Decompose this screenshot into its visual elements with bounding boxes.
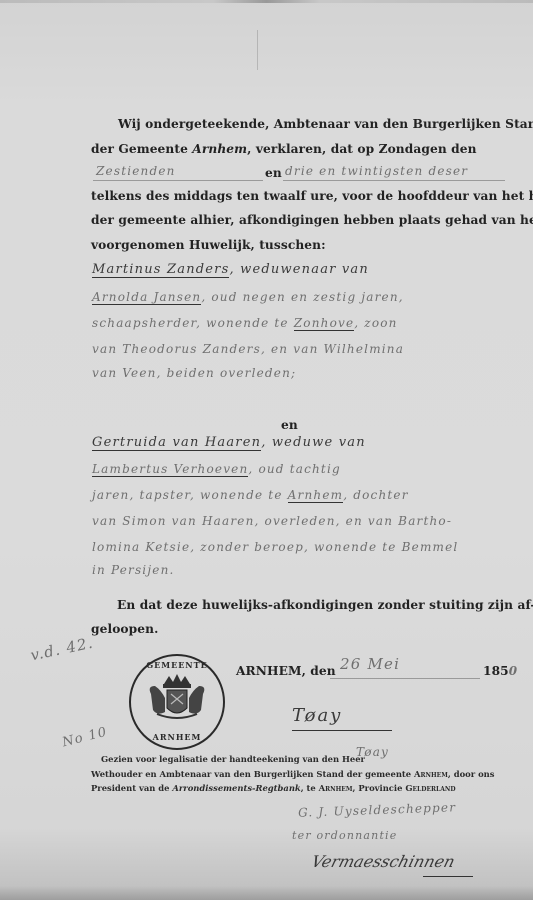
legalisation-ordonnantie: ter ordonnantie: [292, 829, 398, 842]
legalisation-text: , door ons: [448, 769, 495, 779]
legalisation-text: Gezien voor legalisatie der handteekenin…: [101, 754, 365, 764]
page-edge-top: [0, 0, 533, 3]
year-handwritten: 0: [509, 664, 517, 678]
handwritten-text: , oud tachtig: [248, 462, 340, 476]
handwritten-text: jaren, tapster, wonende te: [92, 488, 288, 502]
signature-flourish: [292, 730, 392, 731]
printed-line-5: der gemeente alhier, afkondigingen hebbe…: [91, 213, 533, 227]
groom-line-3: schaapsherder, wonende te Zonhove, zoon: [92, 316, 398, 330]
handwritten-sunday-1: Zestienden: [96, 164, 176, 178]
municipal-seal: GEMEENTE ARNHEM: [129, 654, 225, 750]
bride-late-husband: Lambertus Verhoeven: [92, 462, 248, 477]
legalisation-court: Arrondissements-Regtbank: [172, 783, 300, 793]
printed-en: en: [265, 166, 282, 180]
groom-late-wife: Arnolda Jansen: [92, 290, 201, 305]
bride-line-2: Lambertus Verhoeven, oud tachtig: [92, 462, 341, 476]
legalisation-city: Arnhem: [319, 783, 353, 793]
year: 1850: [483, 664, 517, 678]
bride-residence: Arnhem: [288, 488, 344, 503]
legalisation-text: President van de: [91, 783, 172, 793]
margin-note-1: v.d. 42.: [29, 634, 95, 665]
document-page: Wij ondergeteekende, Ambtenaar van den B…: [0, 0, 533, 900]
paper-crease: [257, 30, 258, 70]
bride-line-4: van Simon van Haaren, overleden, en van …: [92, 514, 452, 528]
closing-line-2: geloopen.: [91, 622, 158, 636]
legalisation-city: Arnhem: [414, 769, 448, 779]
bride-line-5: lomina Ketsie, zonder beroep, wonende te…: [92, 540, 458, 554]
fill-line: [93, 180, 263, 181]
clerk-signature: Vermaesschinnen: [309, 852, 457, 871]
handwritten-text: , oud negen en zestig jaren,: [201, 290, 403, 304]
printed-en-between: en: [281, 418, 298, 432]
bride-line-3: jaren, tapster, wonende te Arnhem, docht…: [92, 488, 409, 502]
printed-city: Arnhem: [192, 142, 247, 156]
legalisation-text: , te: [301, 783, 319, 793]
official-signature: Tøay: [292, 705, 342, 726]
bride-name: Gertruida van Haaren: [92, 435, 261, 451]
groom-line-2: Arnolda Jansen, oud negen en zestig jare…: [92, 290, 404, 304]
closing-line-1: En dat deze huwelijks-afkondigingen zond…: [117, 598, 533, 612]
groom-line-5: van Veen, beiden overleden;: [92, 366, 296, 380]
handwritten-sunday-2: drie en twintigsten deser: [285, 164, 468, 178]
legalisation-hand-name: Tøay: [356, 745, 389, 759]
bride-line-6: in Persijen.: [92, 563, 175, 577]
printed-line-1: Wij ondergeteekende, Ambtenaar van den B…: [118, 117, 533, 131]
groom-line-4: van Theodorus Zanders, en van Wilhelmina: [92, 342, 404, 356]
legalisation-province: Gelderland: [405, 783, 455, 793]
legalisation-text: , Provincie: [353, 783, 406, 793]
groom-name: Martinus Zanders: [92, 262, 229, 278]
handwritten-text: , dochter: [343, 488, 408, 502]
bride-line-1: Gertruida van Haaren, weduwe van: [92, 435, 366, 450]
printed-text: der Gemeente: [91, 142, 192, 156]
groom-residence: Zonhove: [294, 316, 355, 331]
printed-line-2: der Gemeente Arnhem, verklaren, dat op Z…: [91, 142, 477, 156]
page-edge-bottom: [0, 886, 533, 900]
legalisation-line-2: Wethouder en Ambtenaar van den Burgerlij…: [91, 769, 494, 779]
legalisation-line-3: President van de Arrondissements-Regtban…: [91, 783, 456, 793]
year-printed: 185: [483, 664, 509, 678]
handwritten-text: , weduwe van: [261, 435, 366, 450]
seal-bottom-text: ARNHEM: [131, 732, 223, 742]
groom-line-1: Martinus Zanders, weduwenaar van: [92, 262, 369, 277]
printed-line-4: telkens des middags ten twaalf ure, voor…: [91, 189, 533, 203]
date-fill-line: [330, 678, 480, 679]
printed-line-6: voorgenomen Huwelijk, tusschen:: [91, 238, 326, 252]
legalisation-line-1: Gezien voor legalisatie der handteekenin…: [101, 754, 365, 764]
margin-note-2: No 10: [61, 725, 109, 751]
clerk-signature-flourish: [423, 876, 473, 877]
legalisation-signer: G. J. Uyseldeschepper: [298, 800, 457, 820]
handwritten-text: , zoon: [354, 316, 397, 330]
place-date-label: ARNHEM, den: [236, 664, 336, 678]
fill-line: [283, 180, 505, 181]
handwritten-date: 26 Mei: [340, 655, 400, 673]
handwritten-text: schaapsherder, wonende te: [92, 316, 294, 330]
handwritten-text: , weduwenaar van: [229, 262, 369, 277]
legalisation-text: Wethouder en Ambtenaar van den Burgerlij…: [91, 769, 414, 779]
printed-text: , verklaren, dat op Zondagen den: [247, 142, 476, 156]
